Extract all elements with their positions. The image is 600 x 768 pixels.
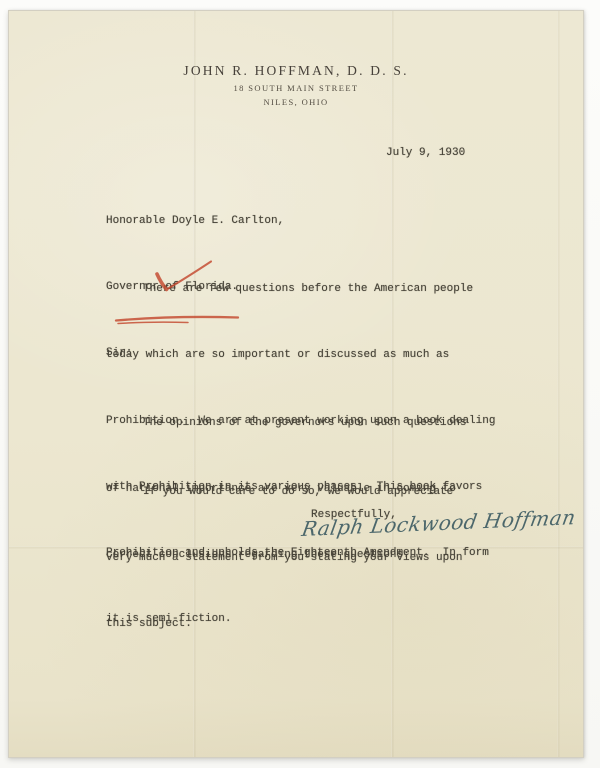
letterhead-city: NILES, OHIO: [9, 97, 583, 107]
letterhead: JOHN R. HOFFMAN, D. D. S. 18 SOUTH MAIN …: [9, 63, 583, 107]
body-line: today which are so important or discusse…: [106, 344, 495, 366]
body-line: this subject.: [106, 613, 462, 635]
scan-background: JOHN R. HOFFMAN, D. D. S. 18 SOUTH MAIN …: [0, 0, 600, 768]
body-line: If you would care to do so, we would app…: [106, 481, 462, 503]
letterhead-name: JOHN R. HOFFMAN, D. D. S.: [9, 63, 583, 79]
body-paragraph-3: If you would care to do so, we would app…: [106, 437, 462, 679]
body-line: very much a statement from you stating y…: [106, 547, 462, 569]
recipient-line-1: Honorable Doyle E. Carlton,: [106, 210, 284, 232]
fold-crease-vertical-edge: [557, 11, 560, 757]
body-line: There are few questions before the Ameri…: [106, 278, 495, 300]
date-line: July 9, 1930: [386, 142, 465, 164]
body-line: The opinions of the governors upon such …: [106, 412, 466, 434]
letterhead-street: 18 SOUTH MAIN STREET: [9, 83, 583, 93]
letter-paper: JOHN R. HOFFMAN, D. D. S. 18 SOUTH MAIN …: [8, 10, 584, 758]
